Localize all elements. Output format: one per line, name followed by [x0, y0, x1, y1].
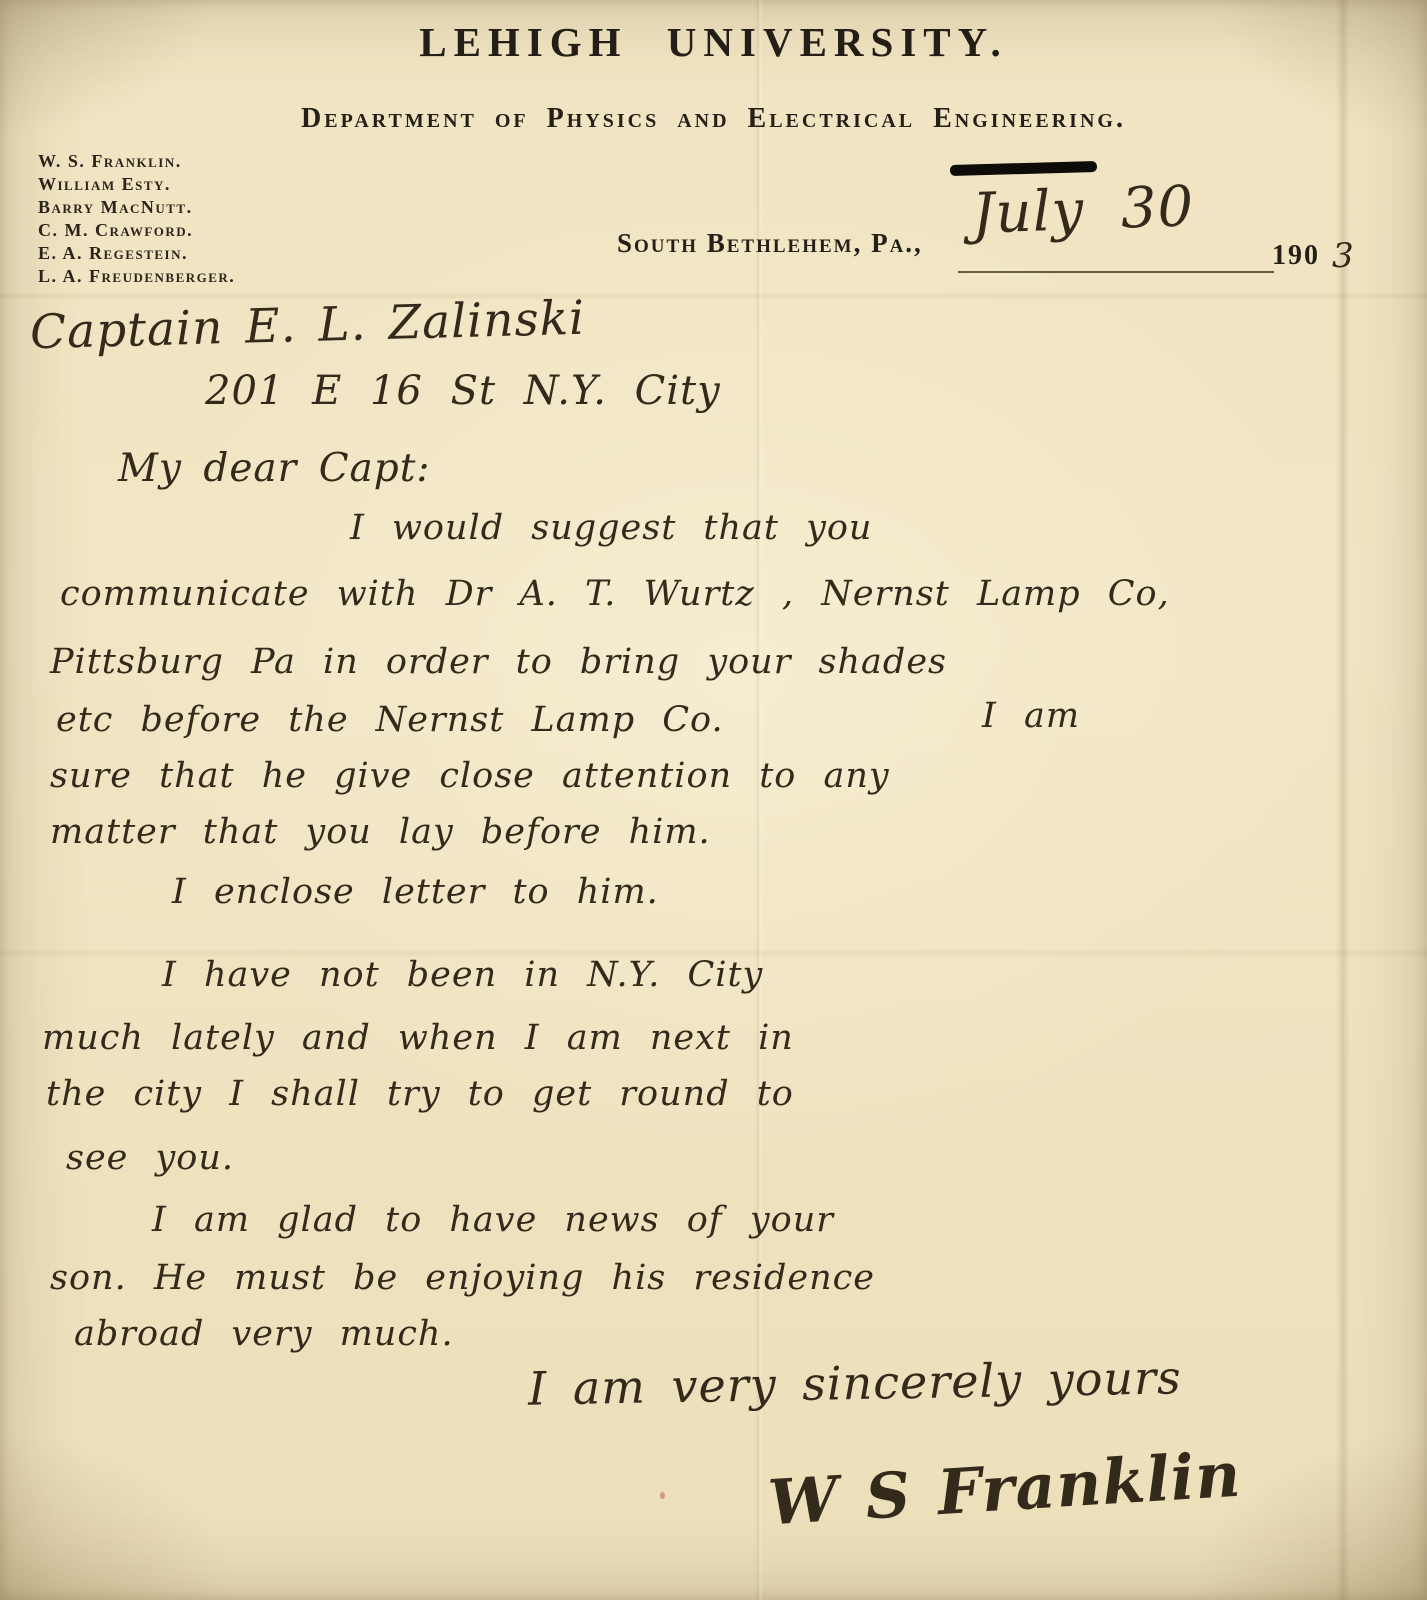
body-line: Pittsburg Pa in order to bring your shad…	[50, 642, 947, 682]
place-line: South Bethlehem, Pa.,	[617, 228, 923, 259]
body-line: etc before the Nernst Lamp Co.	[56, 700, 724, 740]
faculty-name: E. A. Regestein.	[38, 242, 235, 265]
body-line: much lately and when I am next in	[42, 1018, 794, 1058]
faculty-name: C. M. Crawford.	[38, 219, 235, 242]
body-line: I am	[982, 696, 1080, 736]
handwritten-date: July 30	[971, 174, 1195, 247]
body-line: sure that he give close attention to any	[50, 756, 890, 796]
horizontal-fold-crease-top	[0, 292, 1427, 300]
body-line: I have not been in N.Y. City	[162, 955, 763, 995]
body-line: abroad very much.	[74, 1314, 454, 1354]
faculty-list: W. S. Franklin. William Esty. Barry MacN…	[38, 150, 235, 288]
department-title: Department of Physics and Electrical Eng…	[0, 103, 1427, 135]
signature: W S Franklin	[766, 1438, 1243, 1540]
date-rule-line	[958, 271, 1274, 273]
body-line: son. He must be enjoying his residence	[50, 1258, 875, 1298]
body-line: matter that you lay before him.	[50, 812, 711, 852]
closing-line: I am very sincerely yours	[528, 1350, 1182, 1415]
letter-page: LEHIGH UNIVERSITY. Department of Physics…	[0, 0, 1427, 1600]
university-title: LEHIGH UNIVERSITY.	[0, 18, 1427, 66]
paper-speck	[660, 1492, 665, 1499]
recipient-address: 201 E 16 St N.Y. City	[205, 368, 721, 414]
printed-year: 190	[1272, 240, 1320, 272]
faculty-name: L. A. Freudenberger.	[38, 265, 235, 288]
faculty-name: William Esty.	[38, 173, 235, 196]
body-line: I would suggest that you	[350, 508, 872, 548]
faculty-name: W. S. Franklin.	[38, 150, 235, 173]
handwritten-year-digit: 3	[1332, 236, 1355, 276]
body-line: I am glad to have news of your	[152, 1200, 834, 1240]
body-line: see you.	[66, 1138, 234, 1178]
salutation: My dear Capt:	[118, 446, 431, 491]
body-line: the city I shall try to get round to	[46, 1074, 794, 1114]
body-line: I enclose letter to him.	[172, 872, 659, 912]
faculty-name: Barry MacNutt.	[38, 196, 235, 219]
recipient-name: Captain E. L. Zalinski	[29, 291, 585, 361]
ink-smudge-bar	[950, 161, 1097, 176]
body-line: communicate with Dr A. T. Wurtz , Nernst…	[60, 574, 1170, 614]
